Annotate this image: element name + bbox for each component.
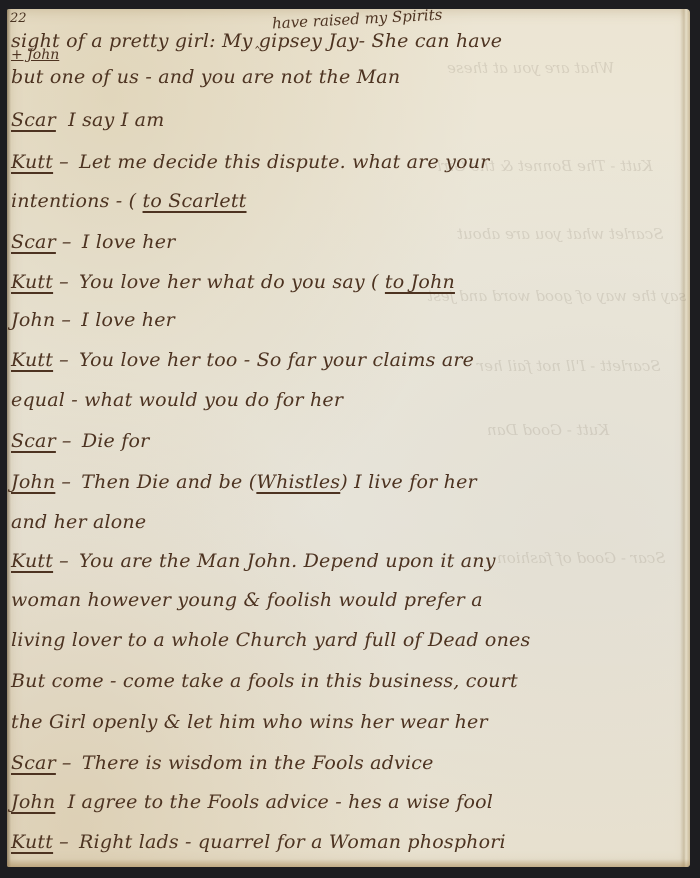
manuscript-line: but one of us - and you are not the Man <box>11 66 400 88</box>
line-text: woman however young & foolish would pref… <box>11 589 483 611</box>
line-text: You love her too - So far your claims ar… <box>79 349 474 371</box>
dialogue-line: John I agree to the Fools advice - hes a… <box>11 791 493 813</box>
speaker-name: Kutt <box>11 831 53 853</box>
speaker-name: John <box>11 309 55 331</box>
line-text: Right lads - quarrel for a Woman phospho… <box>79 831 506 853</box>
line-text: There is wisdom in the Fools advice <box>82 752 434 774</box>
bleed-through-text: Scarlett - I'll not fail her <box>477 357 661 375</box>
page-fold-edge <box>680 9 690 867</box>
line-text: the Girl openly & let him who wins her w… <box>11 711 488 733</box>
dialogue-line: John– I love her <box>11 309 175 331</box>
manuscript-line: But come - come take a fools in this bus… <box>11 670 518 692</box>
scan-frame: What are you at these Kutt - The Bonnet … <box>0 0 700 878</box>
dash: – <box>59 271 69 293</box>
speaker-name: Scar <box>11 430 56 452</box>
bleed-through-text: Scar - Good of fashion <box>497 549 666 567</box>
line-text: I say I am <box>68 109 164 131</box>
dialogue-line: Kutt– You are the Man John. Depend upon … <box>11 550 496 572</box>
line-text: but one of us - and you are not the Man <box>11 66 400 88</box>
speaker-name: Kutt <box>11 349 53 371</box>
line-text: Die for <box>82 430 150 452</box>
line-text: You are the Man John. Depend upon it any <box>79 550 496 572</box>
speaker-name: Kutt <box>11 271 53 293</box>
manuscript-line: living lover to a whole Church yard full… <box>11 629 530 651</box>
dialogue-line: Kutt– You love her too - So far your cla… <box>11 349 474 371</box>
dash: – <box>59 831 69 853</box>
manuscript-line: equal - what would you do for her <box>11 389 343 411</box>
stage-direction: to Scarlett <box>143 190 247 212</box>
line-text: equal - what would you do for her <box>11 389 343 411</box>
speaker-name: Scar <box>11 752 56 774</box>
line-text: I love her <box>82 231 176 253</box>
manuscript-page: What are you at these Kutt - The Bonnet … <box>7 9 690 867</box>
line-text: intentions - ( <box>11 190 136 212</box>
bleed-through-text: What are you at these <box>447 59 614 77</box>
stage-direction: to John <box>385 271 455 293</box>
dialogue-line: Scar I say I am <box>11 109 164 131</box>
manuscript-line: the Girl openly & let him who wins her w… <box>11 711 488 733</box>
dialogue-line: Kutt– You love her what do you say ( to … <box>11 271 455 293</box>
dash: – <box>62 430 72 452</box>
speaker-name: Kutt <box>11 550 53 572</box>
line-text: But come - come take a fools in this bus… <box>11 670 518 692</box>
dash: – <box>62 752 72 774</box>
speaker-name: Scar <box>11 231 56 253</box>
dialogue-line: Scar– Die for <box>11 430 149 452</box>
line-text: ) I live for her <box>340 471 477 493</box>
line-text: I love her <box>81 309 175 331</box>
dialogue-line: Kutt– Right lads - quarrel for a Woman p… <box>11 831 506 853</box>
bleed-through-text: Kutt - you say the way of good word and … <box>427 287 690 305</box>
dash: – <box>61 471 71 493</box>
line-text: Then Die and be ( <box>81 471 256 493</box>
page-bottom-edge <box>7 859 690 867</box>
stage-direction: Whistles <box>256 471 340 493</box>
line-text: living lover to a whole Church yard full… <box>11 629 530 651</box>
interlinear-insertion: have raised my Spirits <box>272 9 443 32</box>
bleed-through-text: Scarlet what you are about <box>457 225 663 243</box>
dash: – <box>62 231 72 253</box>
dialogue-line: Scar– I love her <box>11 231 175 253</box>
manuscript-line: and her alone <box>11 511 146 533</box>
speaker-name: John <box>11 471 55 493</box>
dash: – <box>59 151 69 173</box>
bleed-through-text: Kutt - Good Dan <box>487 421 609 439</box>
line-text: sight of a pretty girl: My gipsey Jay- S… <box>11 30 502 52</box>
manuscript-line: sight of a pretty girl: My gipsey Jay- S… <box>11 30 502 52</box>
speaker-name: Scar <box>11 109 56 131</box>
speaker-name: Kutt <box>11 151 53 173</box>
manuscript-line: woman however young & foolish would pref… <box>11 589 483 611</box>
speaker-name: John <box>11 791 55 813</box>
dash: – <box>59 550 69 572</box>
dialogue-line: John– Then Die and be (Whistles) I live … <box>11 471 477 493</box>
dialogue-line: Kutt– Let me decide this dispute. what a… <box>11 151 489 173</box>
manuscript-line: intentions - ( to Scarlett <box>11 190 247 212</box>
page-number: 22 <box>10 11 27 26</box>
line-text: Let me decide this dispute. what are you… <box>79 151 489 173</box>
line-text: You love her what do you say ( <box>79 271 379 293</box>
dash: – <box>59 349 69 371</box>
dash: – <box>61 309 71 331</box>
dialogue-line: Scar– There is wisdom in the Fools advic… <box>11 752 434 774</box>
line-text: and her alone <box>11 511 146 533</box>
line-text: I agree to the Fools advice - hes a wise… <box>68 791 494 813</box>
